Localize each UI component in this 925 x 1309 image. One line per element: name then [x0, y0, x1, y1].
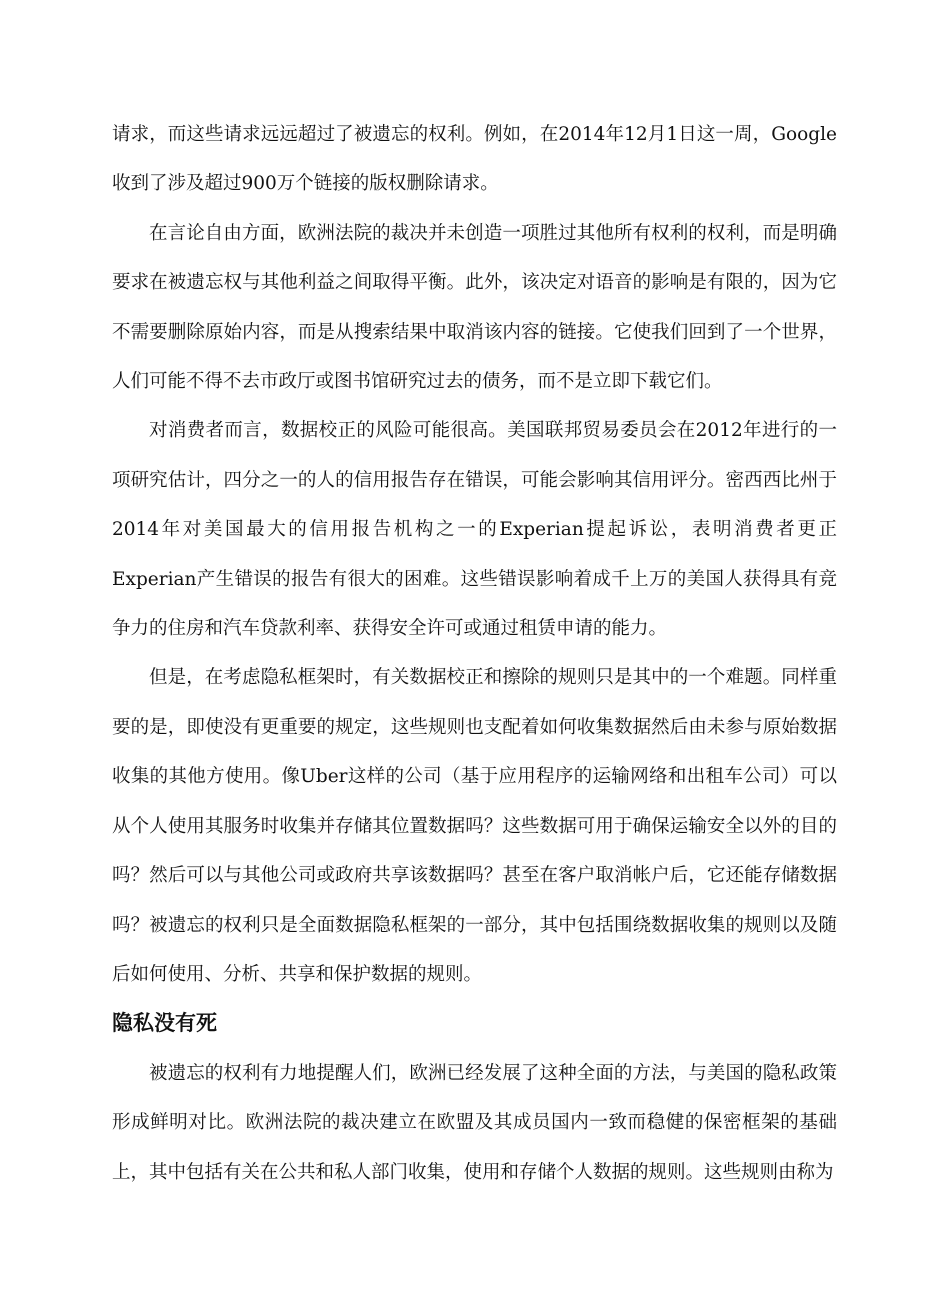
paragraph: 但是，在考虑隐私框架时，有关数据校正和擦除的规则只是其中的一个难题。同样重要的是…	[112, 653, 837, 999]
section-heading: 隐私没有死	[112, 999, 837, 1048]
paragraph: 被遗忘的权利有力地提醒人们，欧洲已经发展了这种全面的方法，与美国的隐私政策形成鲜…	[112, 1049, 837, 1197]
paragraph: 请求，而这些请求远远超过了被遗忘的权利。例如，在2014年12月1日这一周，Go…	[112, 110, 837, 209]
paragraph: 在言论自由方面，欧洲法院的裁决并未创造一项胜过其他所有权利的权利，而是明确要求在…	[112, 209, 837, 407]
document-page: 请求，而这些请求远远超过了被遗忘的权利。例如，在2014年12月1日这一周，Go…	[112, 110, 837, 1197]
paragraph: 对消费者而言，数据校正的风险可能很高。美国联邦贸易委员会在2012年进行的一项研…	[112, 406, 837, 653]
